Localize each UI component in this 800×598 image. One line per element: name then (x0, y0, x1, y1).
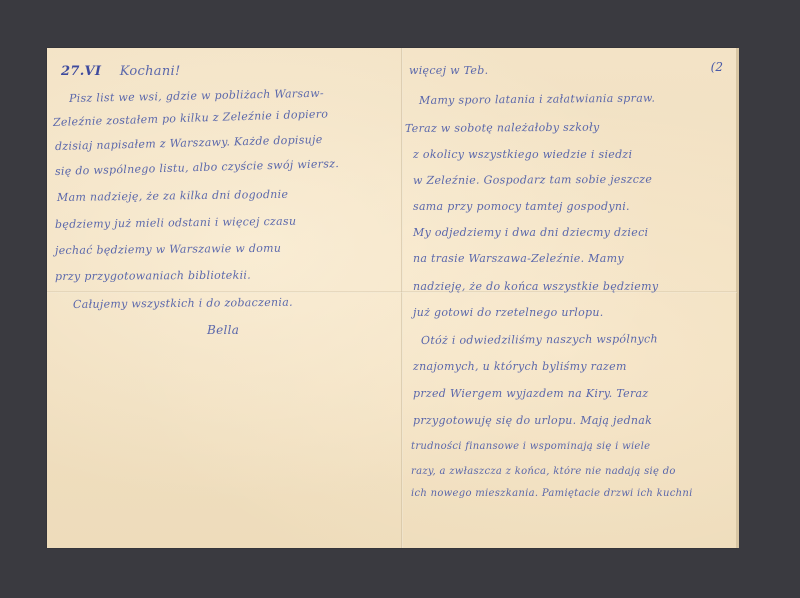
letter-line: Mam nadzieję, że za kilka dni dogodnie (57, 188, 288, 204)
letter-line: Otóż i odwiedziliśmy naszych wspólnych (421, 332, 658, 347)
letter-line: ich nowego mieszkania. Pamiętacie drzwi … (411, 488, 693, 499)
letter-line: w Zeleźnie. Gospodarz tam sobie jeszcze (413, 173, 652, 187)
letter-line: znajomych, u których byliśmy razem (413, 360, 627, 373)
letter-line: Teraz w sobotę należałoby szkoły (405, 121, 600, 135)
letter-line: przed Wiergem wyjazdem na Kiry. Teraz (413, 387, 648, 400)
letter-line: My odjedziemy i dwa dni dziecmy dzieci (413, 226, 648, 239)
page-number: (2 (711, 60, 723, 74)
letter-line: razy, a zwłaszcza z końca, które nie nad… (411, 466, 676, 477)
letter-line: więcej w Teb. (409, 64, 488, 77)
letter-line: Zeleźnie zostałem po kilku z Zeleźnie i … (53, 107, 329, 129)
letter-line: już gotowi do rzetelnego urlopu. (413, 306, 604, 319)
letter-line: Pisz list we wsi, gdzie w pobliżach Wars… (69, 87, 324, 105)
letter-line: będziemy już mieli odstani i więcej czas… (55, 215, 296, 231)
letter-line: przygotowuję się do urlopu. Mają jednak (413, 414, 652, 427)
letter-line: sama przy pomocy tamtej gospodyni. (413, 200, 630, 213)
letter-line: trudności finansowe i wspominają się i w… (411, 441, 650, 452)
letter-signature: Bella (207, 323, 239, 337)
letter-line: na trasie Warszawa-Zeleźnie. Mamy (413, 252, 624, 265)
letter-line: jechać będziemy w Warszawie w domu (55, 242, 281, 257)
letter-line: przy przygotowaniach bibliotekii. (55, 269, 251, 283)
letter-line: nadzieję, że do końca wszystkie będziemy (413, 280, 658, 293)
letter-greeting: Kochani! (120, 64, 181, 79)
letter-sheet: 27.VI Kochani! Pisz list we wsi, gdzie w… (47, 48, 737, 548)
letter-line: się do wspólnego listu, albo czyście swó… (55, 157, 339, 178)
letter-line: dzisiaj napisałem z Warszawy. Każde dopi… (55, 133, 323, 153)
left-page: 27.VI Kochani! Pisz list we wsi, gdzie w… (47, 48, 401, 548)
letter-line: Mamy sporo latania i załatwiania spraw. (419, 92, 655, 107)
letter-header: 27.VI Kochani! (61, 64, 180, 79)
letter-line: z okolicy wszystkiego wiedzie i siedzi (413, 148, 632, 161)
right-page: (2 więcej w Teb. Mamy sporo latania i za… (403, 48, 737, 548)
letter-date: 27.VI (61, 64, 101, 79)
letter-line: Całujemy wszystkich i do zobaczenia. (73, 296, 293, 311)
